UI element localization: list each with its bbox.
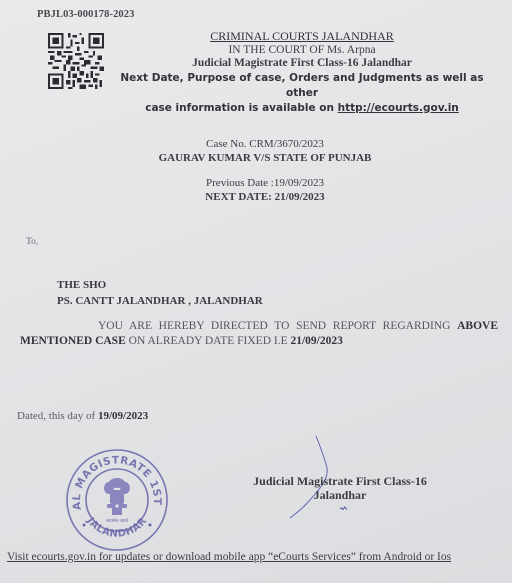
- to-label: To,: [26, 237, 38, 247]
- signatory-place: Jalandhar: [240, 488, 440, 502]
- info-line-3-prefix: case information is available on: [145, 102, 337, 114]
- previous-date: Previous Date :19/09/2023: [150, 177, 380, 191]
- direction-part-4: 21/09/2023: [290, 335, 342, 347]
- case-dates: Previous Date :19/09/2023 NEXT DATE: 21/…: [150, 177, 380, 204]
- court-header: CRIMINAL COURTS JALANDHAR IN THE COURT O…: [110, 30, 494, 116]
- reference-code: PBJL03-000178-2023: [37, 9, 134, 20]
- info-line-1: Next Date, Purpose of case, Orders and J…: [110, 71, 494, 86]
- footer-note[interactable]: Visit ecourts.gov.in for updates or down…: [7, 551, 451, 563]
- recipient-address: THE SHO PS. CANTT JALANDHAR , JALANDHAR: [57, 277, 263, 309]
- direction-paragraph: YOU ARE HEREBY DIRECTED TO SEND REPORT R…: [20, 319, 498, 349]
- court-name: CRIMINAL COURTS JALANDHAR: [110, 30, 494, 44]
- next-date: NEXT DATE: 21/09/2023: [150, 191, 380, 205]
- emblem-caption: सत्यमेव जयते: [106, 517, 129, 524]
- case-details: Case No. CRM/3670/2023 GAURAV KUMAR V/S …: [150, 138, 380, 204]
- dated-line: Dated, this day of 19/09/2023: [17, 410, 148, 422]
- national-emblem-icon: [104, 478, 130, 515]
- case-number: Case No. CRM/3670/2023: [150, 138, 380, 152]
- court-seal-icon: JUDICIAL MAGISTRATE 1ST CLASS JALANDHAR …: [64, 447, 170, 553]
- court-of: IN THE COURT OF Ms. Arpna: [110, 44, 494, 58]
- direction-part-3: ON ALREADY DATE FIXED I.E: [126, 335, 291, 347]
- qr-code-icon: [48, 33, 104, 89]
- dated-prefix: Dated, this day of: [17, 410, 98, 422]
- recipient-line-2: PS. CANTT JALANDHAR , JALANDHAR: [57, 293, 263, 309]
- ecourts-link[interactable]: http://ecourts.gov.in: [338, 102, 459, 114]
- dated-date: 19/09/2023: [98, 410, 148, 422]
- case-parties: GAURAV KUMAR V/S STATE OF PUNJAB: [150, 152, 380, 166]
- recipient-line-1: THE SHO: [57, 277, 263, 293]
- info-line-3: case information is available on http://…: [110, 101, 494, 116]
- info-line-2: other: [110, 86, 494, 101]
- direction-part-1: YOU ARE HEREBY DIRECTED TO SEND REPORT R…: [20, 320, 457, 332]
- magistrate-designation: Judicial Magistrate First Class-16 Jalan…: [110, 57, 494, 71]
- signatory-title: Judicial Magistrate First Class-16: [240, 474, 440, 488]
- signature-block: Judicial Magistrate First Class-16 Jalan…: [240, 474, 440, 502]
- direction-text: YOU ARE HEREBY DIRECTED TO SEND REPORT R…: [20, 319, 498, 349]
